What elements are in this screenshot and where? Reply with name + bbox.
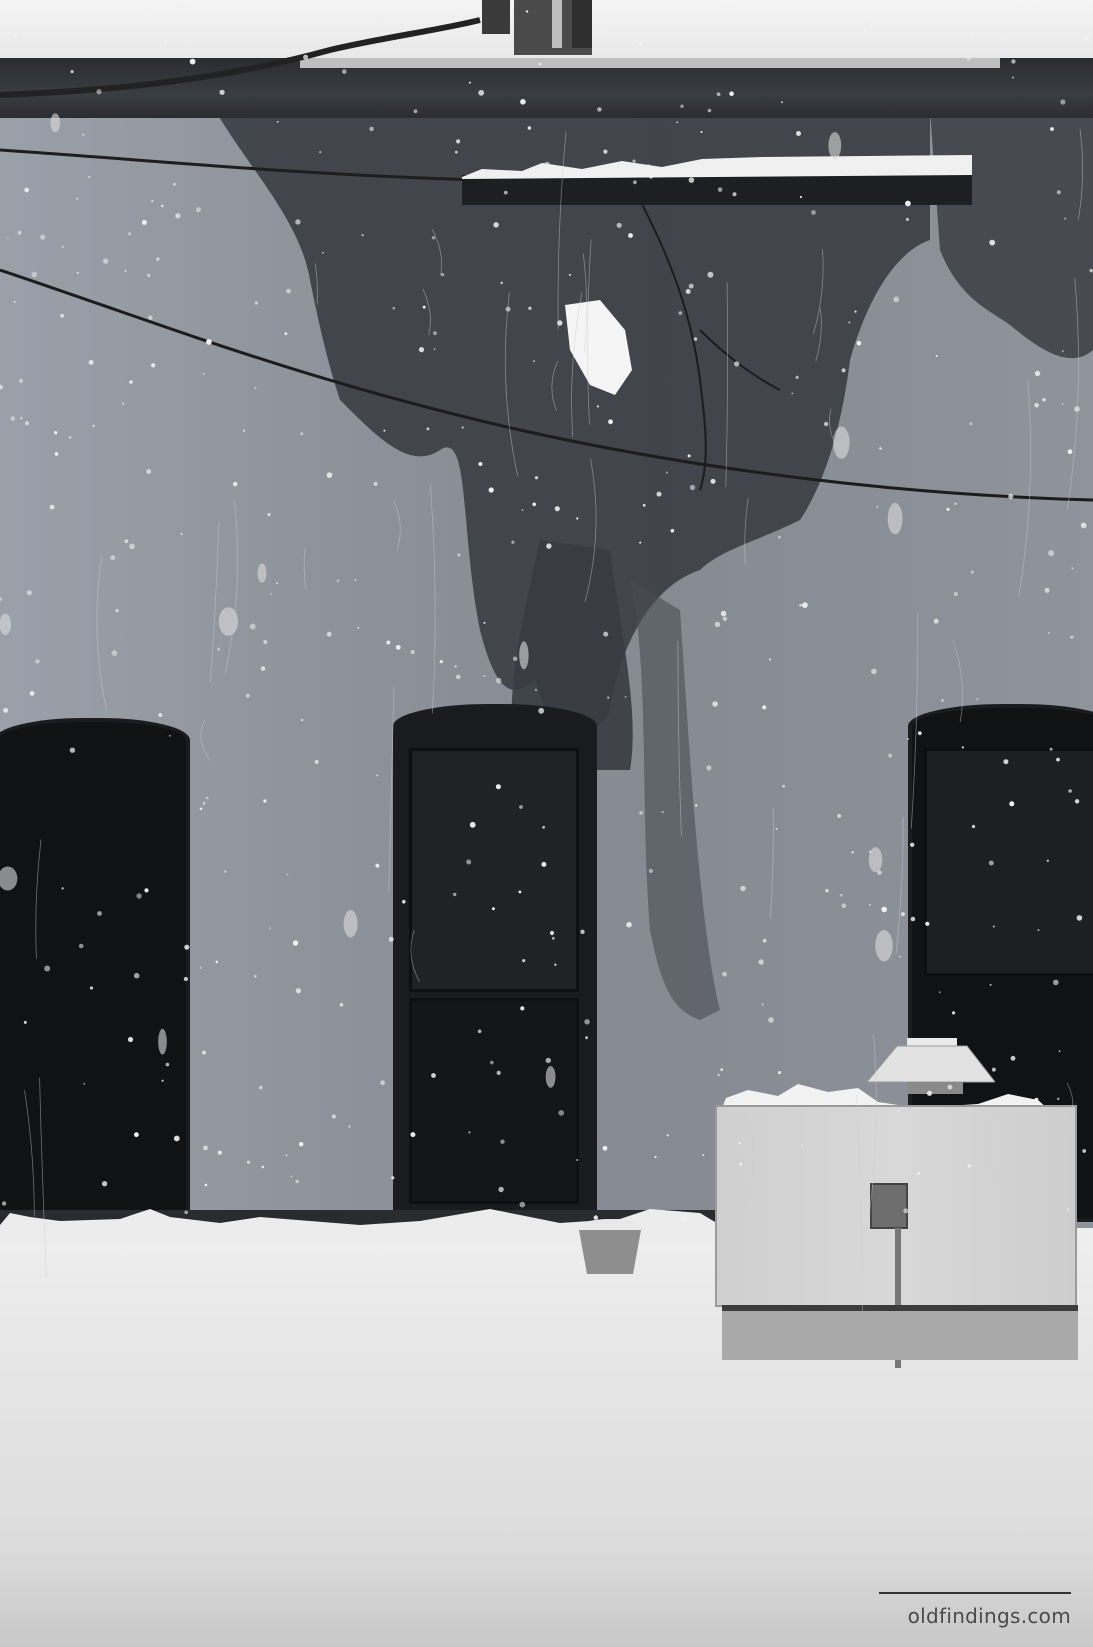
bucket (575, 1218, 645, 1278)
watermark-text: oldfindings.com (879, 1604, 1071, 1628)
window-pane-top (924, 748, 1093, 976)
door-pane-bottom (409, 998, 579, 1204)
arched-window-left (0, 718, 190, 1226)
utility-box-control-panel (870, 1183, 908, 1229)
snowy-ledge (462, 155, 972, 205)
photo: oldfindings.com (0, 0, 1093, 1647)
utility-box-base (722, 1305, 1078, 1360)
overhead-wires (0, 0, 1093, 520)
watermark: oldfindings.com (879, 1592, 1071, 1628)
utility-box-vent (867, 1038, 995, 1094)
watermark-rule (879, 1592, 1071, 1594)
door-pane-top (409, 748, 579, 992)
arched-door-center (393, 704, 597, 1234)
